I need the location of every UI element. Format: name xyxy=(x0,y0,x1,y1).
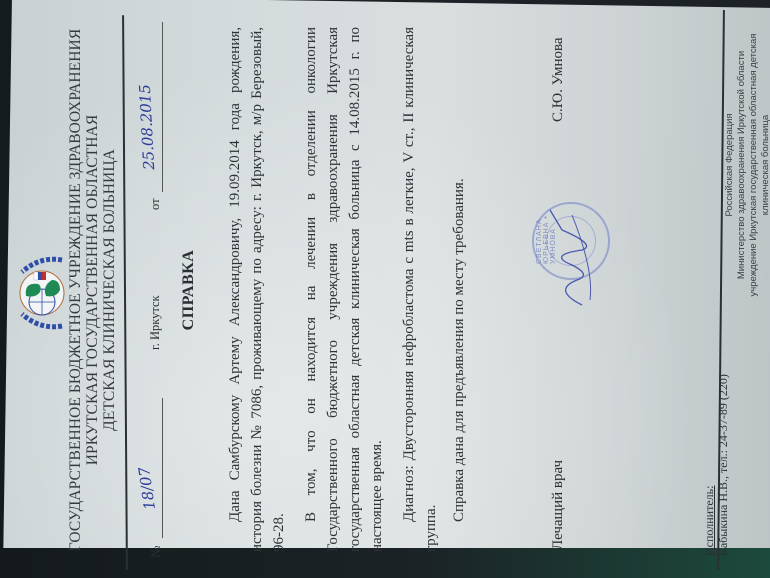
executor-label: Исполнитель: xyxy=(702,374,716,556)
document-title: СПРАВКА xyxy=(180,10,198,570)
footer-organization: Российская Федерация Министерство здраво… xyxy=(724,10,770,320)
paragraph-diagnosis: Диагноз: Двусторонняя нефробластома с mt… xyxy=(398,27,442,552)
number-underline xyxy=(162,398,163,538)
paragraph-patient: Дана Самбурскому Артему Александровичу, … xyxy=(224,27,290,552)
handwritten-signature-icon xyxy=(542,200,602,310)
organization-header: ГОСУДАРСТВЕННОЕ БЮДЖЕТНОЕ УЧРЕЖДЕНИЕ ЗДР… xyxy=(67,20,118,560)
document-number: 18/07 xyxy=(135,466,159,511)
footer-line-3: учреждение Иркутская государственная обл… xyxy=(748,10,770,320)
signature-block: Лечащий врач СВЕТЛАНА ЮРЬЕВНА • УМНОВА С… xyxy=(532,10,572,570)
paragraph-purpose: Справка дана для предъявления по месту т… xyxy=(448,27,470,552)
signer-name: С.Ю. Умнова xyxy=(550,37,567,122)
footer-line-1: Российская Федерация xyxy=(724,10,736,320)
hospital-emblem-icon xyxy=(12,254,70,332)
org-line-3: ДЕТСКАЯ КЛИНИЧЕСКАЯ БОЛЬНИЦА xyxy=(101,20,118,560)
certificate-document: ГОСУДАРСТВЕННОЕ БЮДЖЕТНОЕ УЧРЕЖДЕНИЕ ЗДР… xyxy=(12,10,770,570)
footer-line-2: Министерство здравоохранения Иркутской о… xyxy=(736,10,748,320)
paragraph-treatment: В том, что он находится на лечении в отд… xyxy=(300,27,388,552)
signer-role: Лечащий врач xyxy=(550,460,567,550)
number-label: № xyxy=(148,546,164,558)
document-date: 25.08.2015 xyxy=(136,84,158,171)
org-line-1: ГОСУДАРСТВЕННОЕ БЮДЖЕТНОЕ УЧРЕЖДЕНИЕ ЗДР… xyxy=(67,20,84,560)
certificate-body: Дана Самбурскому Артему Александровичу, … xyxy=(224,27,480,552)
executor-info: Исполнитель: Кабыкина Н.В., тел.: 24-37-… xyxy=(702,374,730,556)
city: г. Иркутск xyxy=(148,295,163,350)
org-line-2: ИРКУТСКАЯ ГОСУДАРСТВЕННАЯ ОБЛАСТНАЯ xyxy=(84,20,101,560)
document-meta: № 18/07 г. Иркутск от 25.08.2015 xyxy=(140,10,170,570)
header-divider xyxy=(122,15,128,570)
date-underline xyxy=(162,22,163,192)
date-label: от xyxy=(148,198,163,210)
